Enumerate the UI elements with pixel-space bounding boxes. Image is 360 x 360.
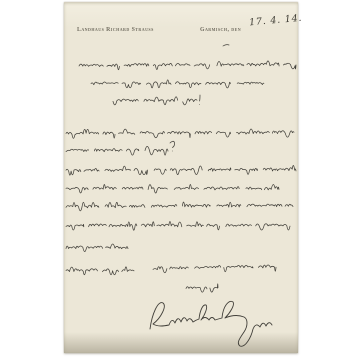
- handwriting-line: [66, 202, 293, 211]
- handwriting-line: [66, 184, 279, 193]
- exclamation-mark: [199, 95, 200, 104]
- handwriting-line: [66, 146, 168, 155]
- signature-richard-strauss: [150, 301, 272, 346]
- handwriting-line: [66, 267, 134, 275]
- handwriting-line: [91, 80, 264, 88]
- handwriting-body: [66, 61, 296, 292]
- letter-photo: Landhaus Richard Strauss Garmisch, den 1…: [0, 0, 360, 360]
- handwriting-line: [186, 284, 218, 292]
- punctuation-marks: [170, 45, 229, 151]
- handwriting-line: [66, 244, 128, 252]
- handwriting-line: [79, 61, 296, 70]
- handwriting-layer: [0, 0, 360, 360]
- handwriting-line: [66, 165, 296, 175]
- stray-dash-mark: [223, 45, 229, 46]
- signature-group: [150, 301, 272, 346]
- handwriting-line: [153, 265, 276, 273]
- handwriting-line: [113, 97, 197, 105]
- handwriting-line: [66, 129, 294, 138]
- handwriting-line: [66, 221, 290, 230]
- question-mark: [170, 141, 175, 151]
